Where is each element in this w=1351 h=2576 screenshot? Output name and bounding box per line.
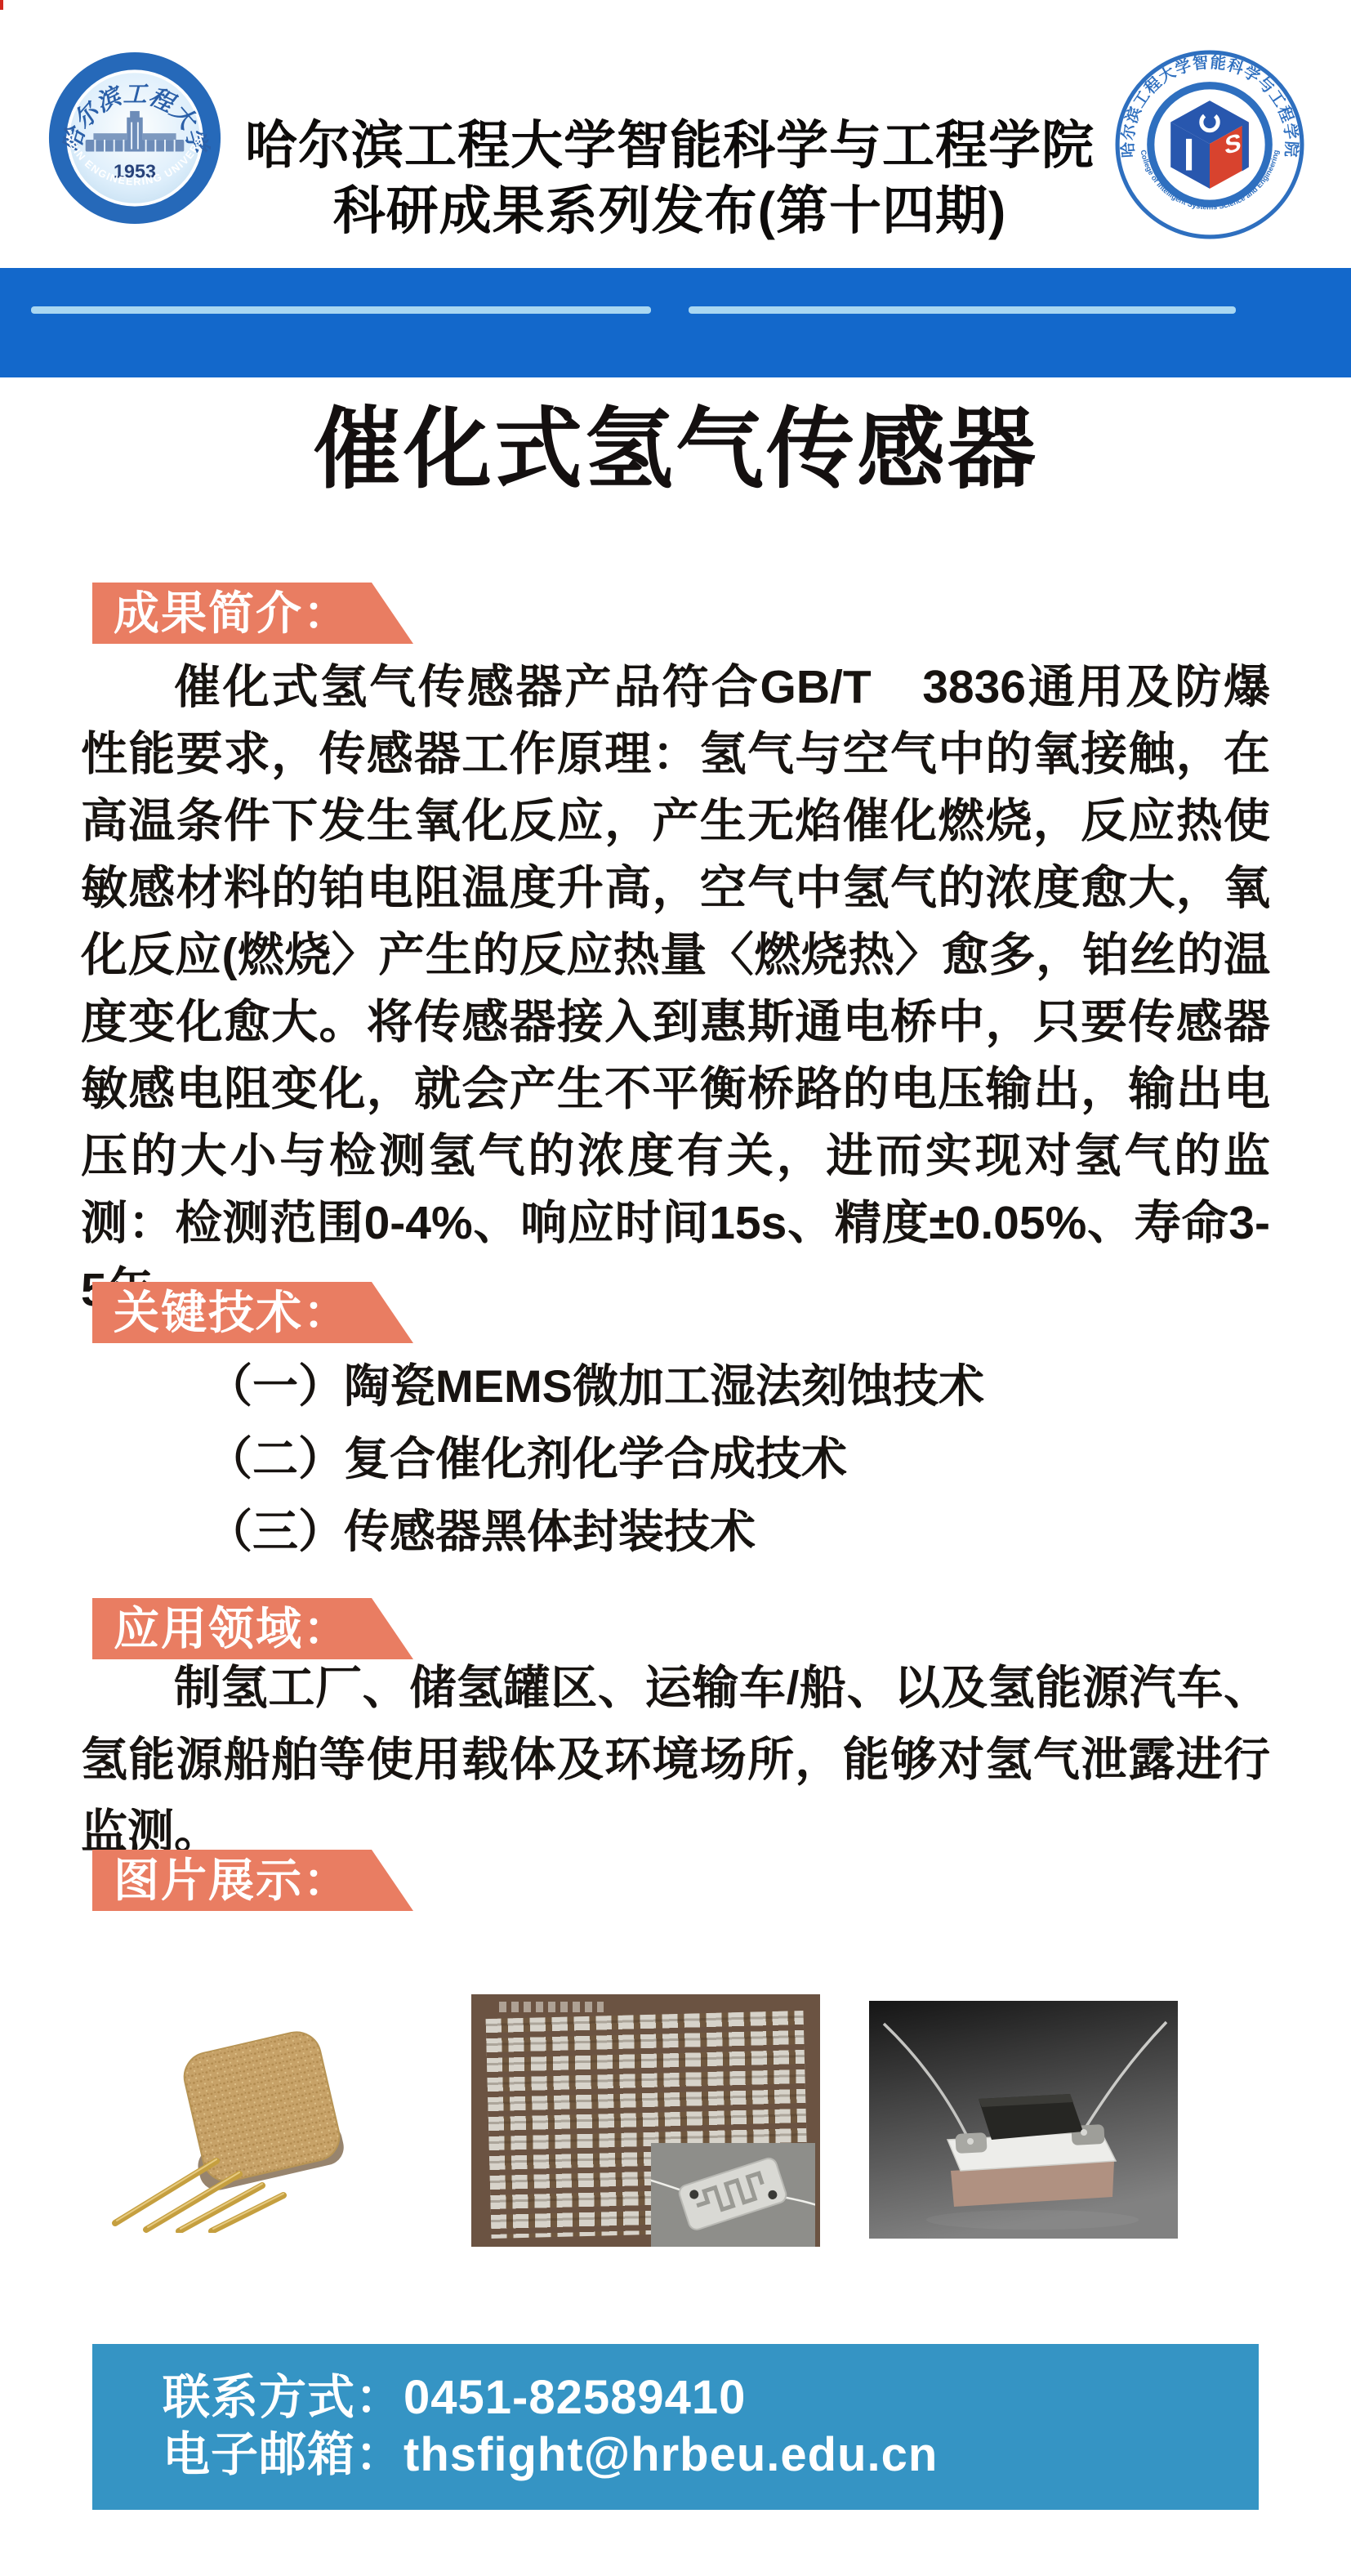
section-label-key-tech: 关键技术： (92, 1282, 413, 1343)
footer-email-value: thsfight@hrbeu.edu.cn (404, 2428, 938, 2481)
photo-mems-array (471, 1994, 820, 2247)
college-badge-icon: 哈尔滨工程大学智能科学与工程学院 College of Intelligent … (1114, 49, 1305, 240)
applications-paragraph: 制氢工厂、储氢罐区、运输车/船、以及氢能源汽车、氢能源船舶等使用载体及环境场所，… (81, 1652, 1270, 1868)
svg-text:S: S (1224, 127, 1241, 160)
divider-bar (0, 268, 1351, 377)
key-tech-item-3: （三）传感器黑体封装技术 (207, 1495, 984, 1568)
intro-paragraph: 催化式氢气传感器产品符合GB/T 3836通用及防爆性能要求，传感器工作原理：氢… (81, 654, 1270, 1324)
header-title-line1: 哈尔滨工程大学智能科学与工程学院 (245, 113, 1095, 178)
footer-phone-value: 0451-82589410 (404, 2371, 746, 2424)
key-tech-item-2: （二）复合催化剂化学合成技术 (207, 1422, 984, 1495)
divider-inner-line-right (689, 306, 1236, 314)
section-label-intro: 成果简介： (92, 583, 413, 644)
footer-email-row: 电子邮箱：thsfight@hrbeu.edu.cn (163, 2426, 938, 2484)
key-tech-item-1: （一）陶瓷MEMS微加工湿法刻蚀技术 (207, 1350, 984, 1422)
section-label-applications: 应用领域： (92, 1598, 413, 1659)
section-label-gallery: 图片展示： (92, 1850, 413, 1911)
wafer-stamp-marks (499, 2002, 604, 2011)
footer-phone-label: 联系方式： (163, 2371, 404, 2424)
photo-packaged-sensor (869, 2001, 1178, 2239)
university-seal-icon: 哈尔滨工程大学 1953 HARBIN ENGINEERING U (47, 51, 222, 225)
key-tech-list: （一）陶瓷MEMS微加工湿法刻蚀技术 （二）复合催化剂化学合成技术 （三）传感器… (207, 1350, 984, 1568)
footer-phone-row: 联系方式：0451-82589410 (163, 2369, 938, 2426)
wafer-inset-chip (651, 2143, 815, 2247)
poster-page: 哈尔滨工程大学 1953 HARBIN ENGINEERING U (0, 0, 1351, 2576)
divider-inner-line-left (31, 306, 651, 314)
header-title-line2: 科研成果系列发布(第十四期) (245, 178, 1095, 243)
page-edge-mark (0, 0, 3, 10)
footer-contact-box: 联系方式：0451-82589410 电子邮箱：thsfight@hrbeu.e… (92, 2344, 1259, 2510)
footer-email-label: 电子邮箱： (163, 2428, 404, 2481)
header-title: 哈尔滨工程大学智能科学与工程学院 科研成果系列发布(第十四期) (245, 113, 1095, 243)
photo-catalytic-sensor (97, 2022, 373, 2233)
page-title: 催化式氢气传感器 (0, 399, 1351, 500)
